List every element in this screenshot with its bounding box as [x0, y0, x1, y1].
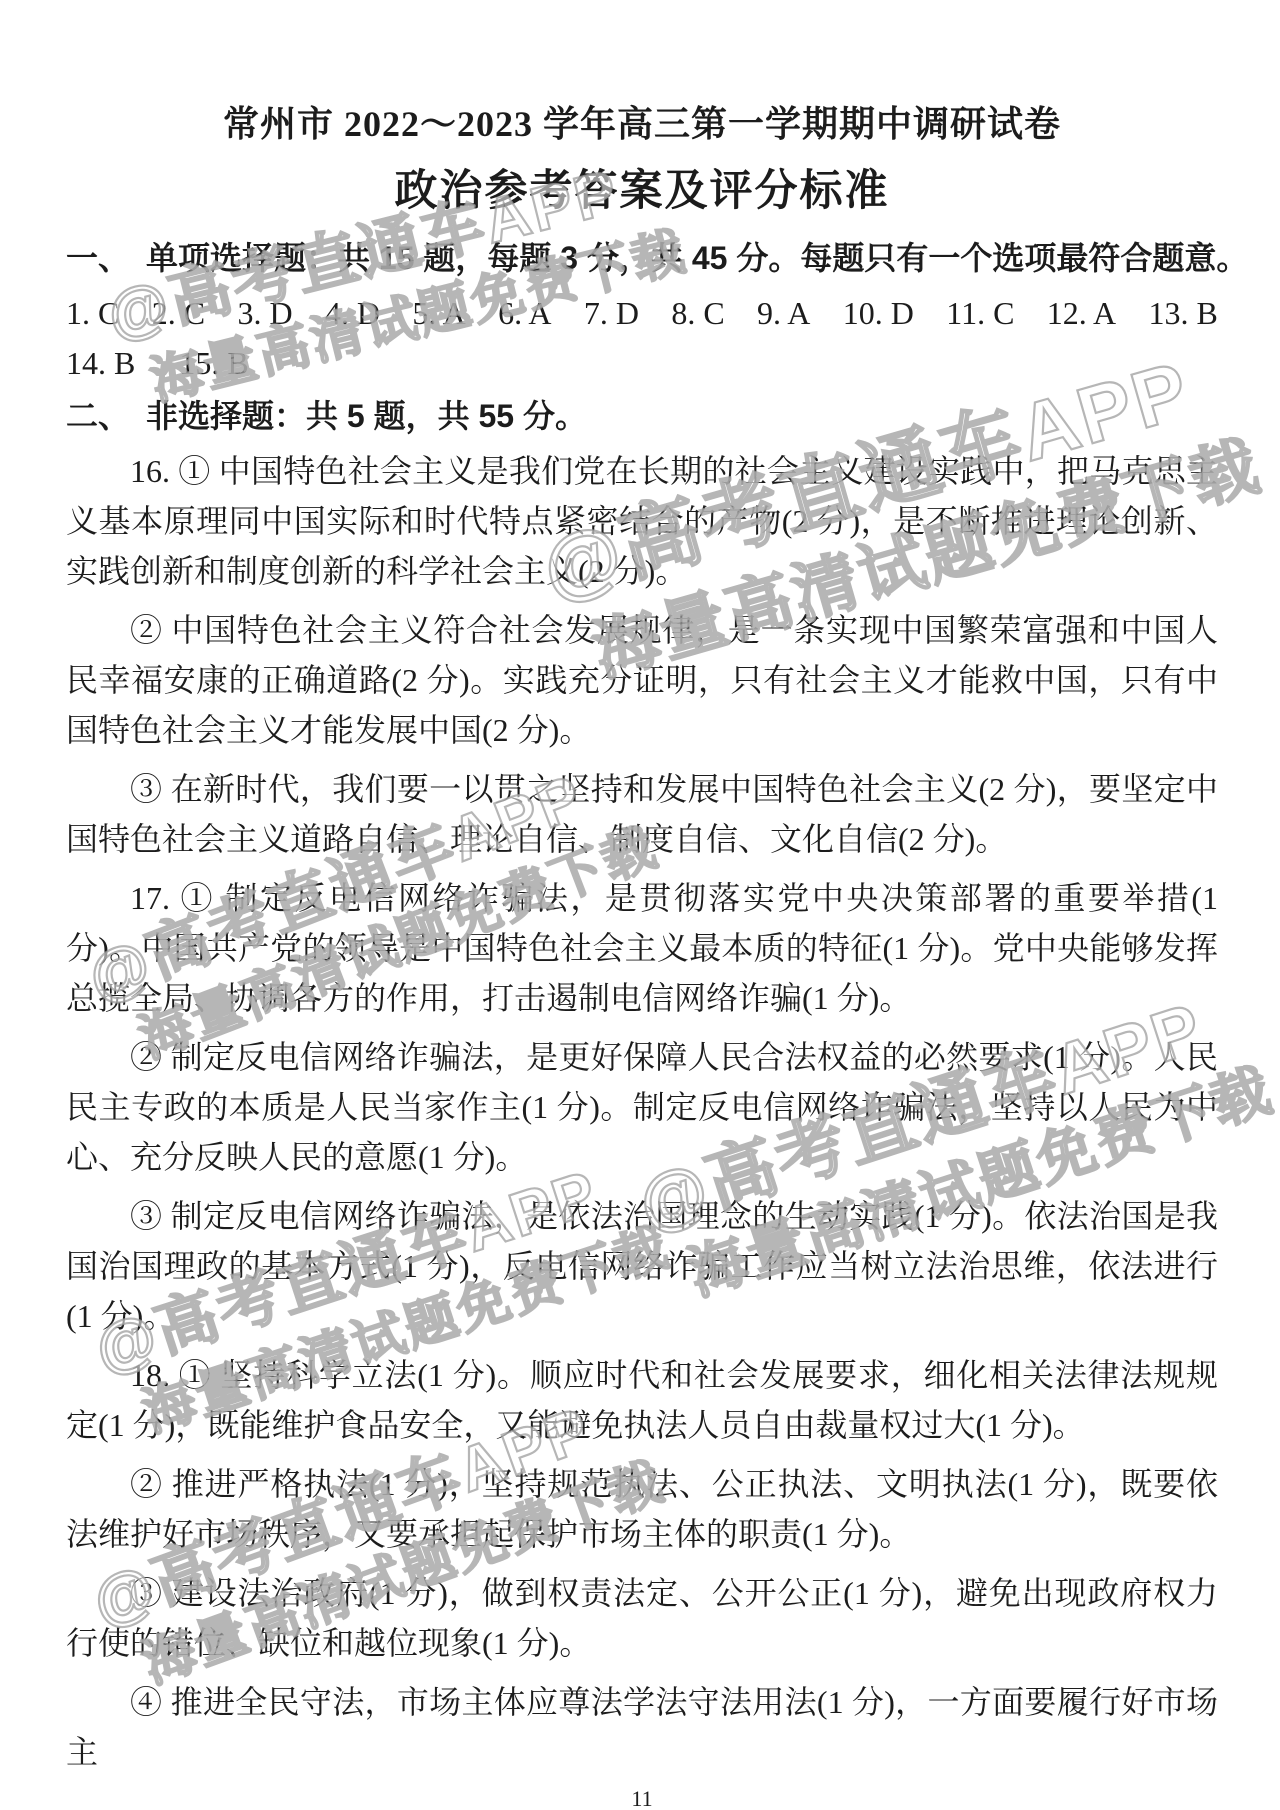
- answer-item: 4. D: [325, 288, 380, 338]
- answer-item: 3. D: [237, 288, 292, 338]
- answer-item: 6. A: [498, 288, 551, 338]
- mcq-answers-row-1: 1. C 2. C 3. D 4. D 5. A 6. A 7. D 8. C …: [66, 288, 1218, 338]
- page-number: 11: [66, 1786, 1218, 1810]
- answer-item: 2. C: [152, 288, 205, 338]
- page-title: 常州市 2022～2023 学年高三第一学期期中调研试卷: [66, 96, 1218, 152]
- answer-item: 13. B: [1149, 288, 1218, 338]
- answer-item: 11. C: [946, 288, 1014, 338]
- answer-paragraph-17-3: ③ 制定反电信网络诈骗法，是依法治国理念的生动实践(1 分)。依法治国是我国治国…: [66, 1191, 1218, 1341]
- section1-heading: 一、 单项选择题：共 15 题，每题 3 分，共 45 分。每题只有一个选项最符…: [66, 232, 1218, 284]
- answer-paragraph-17-2: ② 制定反电信网络诈骗法，是更好保障人民合法权益的必然要求(1 分)。人民民主专…: [66, 1032, 1218, 1182]
- answer-paragraph-18-3: ③ 建设法治政府(1 分)，做到权责法定、公开公正(1 分)，避免出现政府权力行…: [66, 1568, 1218, 1668]
- answer-item: 7. D: [584, 288, 639, 338]
- page-subtitle: 政治参考答案及评分标准: [66, 160, 1218, 222]
- answer-item: 12. A: [1047, 288, 1116, 338]
- page-content: 常州市 2022～2023 学年高三第一学期期中调研试卷 政治参考答案及评分标准…: [66, 96, 1218, 1810]
- answer-item: 8. C: [671, 288, 724, 338]
- answer-paragraph-16-1: 16. ① 中国特色社会主义是我们党在长期的社会主义建设实践中，把马克思主义基本…: [66, 446, 1218, 596]
- answer-item: 10. D: [843, 288, 914, 338]
- answer-paragraph-18-2: ② 推进严格执法(1 分)，坚持规范执法、公正执法、文明执法(1 分)，既要依法…: [66, 1459, 1218, 1559]
- answer-item: 5. A: [412, 288, 465, 338]
- free-response-answers: 16. ① 中国特色社会主义是我们党在长期的社会主义建设实践中，把马克思主义基本…: [66, 446, 1218, 1777]
- answer-paragraph-17-1: 17. ① 制定反电信网络诈骗法，是贯彻落实党中央决策部署的重要举措(1 分)。…: [66, 873, 1218, 1023]
- answer-paragraph-16-3: ③ 在新时代，我们要一以贯之坚持和发展中国特色社会主义(2 分)，要坚定中国特色…: [66, 764, 1218, 864]
- answer-item: 15. B: [179, 338, 248, 388]
- answer-paragraph-16-2: ② 中国特色社会主义符合社会发展规律，是一条实现中国繁荣富强和中国人民幸福安康的…: [66, 605, 1218, 755]
- answer-paragraph-18-4: ④ 推进全民守法，市场主体应尊法学法守法用法(1 分)，一方面要履行好市场主: [66, 1677, 1218, 1777]
- answer-item: 9. A: [757, 288, 810, 338]
- exam-answer-sheet-page: 常州市 2022～2023 学年高三第一学期期中调研试卷 政治参考答案及评分标准…: [0, 0, 1280, 1810]
- answer-item: 14. B: [66, 338, 135, 388]
- answer-item: 1. C: [66, 288, 119, 338]
- mcq-answers-row-2: 14. B 15. B: [66, 338, 1218, 388]
- section2-heading: 二、 非选择题：共 5 题，共 55 分。: [66, 390, 1218, 442]
- answer-paragraph-18-1: 18. ① 坚持科学立法(1 分)。顺应时代和社会发展要求，细化相关法律法规规定…: [66, 1350, 1218, 1450]
